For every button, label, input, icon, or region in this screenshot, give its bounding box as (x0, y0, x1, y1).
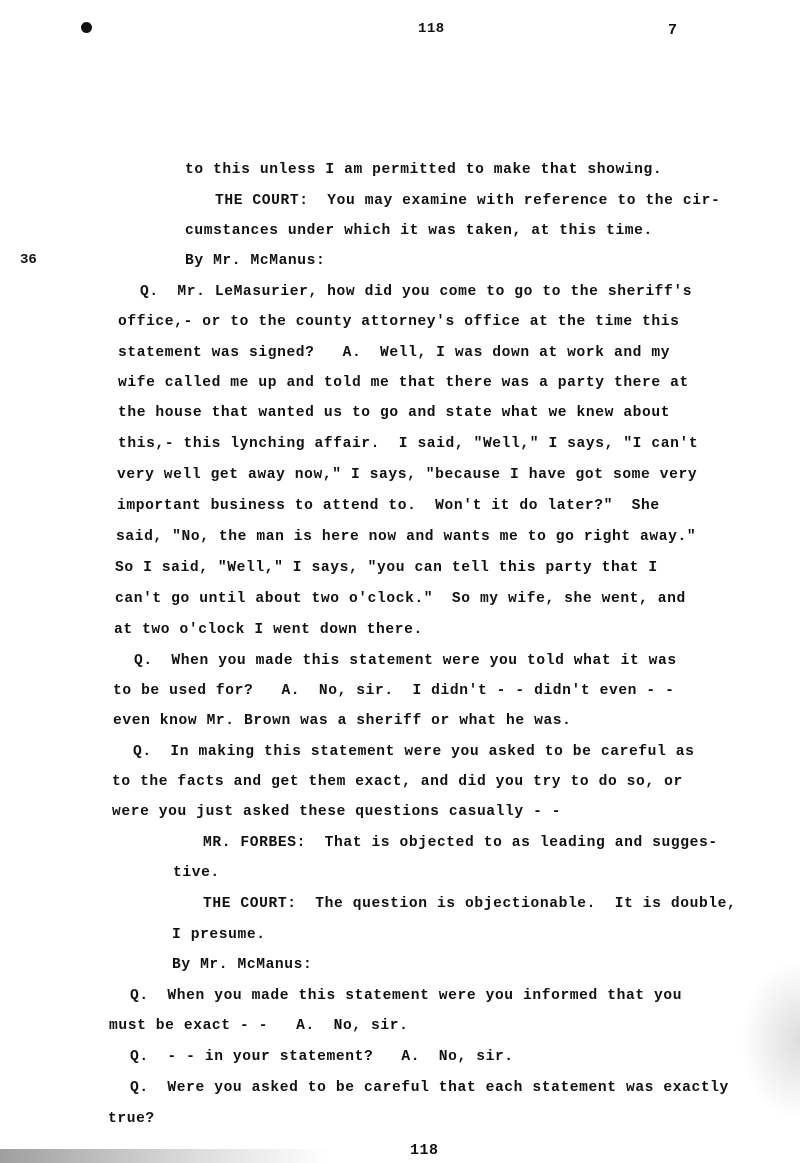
transcript-line: the house that wanted us to go and state… (118, 404, 670, 422)
transcript-line: true? (108, 1110, 155, 1128)
transcript-line: So I said, "Well," I says, "you can tell… (115, 559, 658, 577)
transcript-line: THE COURT: You may examine with referenc… (215, 192, 720, 210)
transcript-line: important business to attend to. Won't i… (117, 497, 660, 515)
transcript-line: to this unless I am permitted to make th… (185, 161, 662, 179)
header-page-number: 118 (418, 21, 445, 37)
transcript-line: this,- this lynching affair. I said, "We… (118, 435, 698, 453)
transcript-line: cumstances under which it was taken, at … (185, 222, 653, 240)
transcript-line: MR. FORBES: That is objected to as leadi… (203, 834, 718, 852)
transcript-line: Q. - - in your statement? A. No, sir. (130, 1048, 514, 1066)
transcript-line: said, "No, the man is here now and wants… (116, 528, 696, 546)
transcript-line: very well get away now," I says, "becaus… (117, 466, 697, 484)
transcript-line: statement was signed? A. Well, I was dow… (118, 344, 670, 362)
transcript-page: 118 7 36 to this unless I am permitted t… (0, 0, 800, 1163)
transcript-line: wife called me up and told me that there… (118, 374, 689, 392)
transcript-line: I presume. (172, 926, 266, 944)
transcript-line: office,- or to the county attorney's off… (118, 313, 679, 331)
footer-page-number: 118 (410, 1142, 439, 1159)
transcript-line: were you just asked these questions casu… (112, 803, 561, 821)
transcript-line: THE COURT: The question is objectionable… (203, 895, 736, 913)
transcript-line: tive. (173, 864, 220, 882)
transcript-line: Q. In making this statement were you ask… (133, 743, 694, 761)
margin-line-number: 36 (20, 252, 37, 268)
transcript-line: must be exact - - A. No, sir. (109, 1017, 408, 1035)
transcript-line: Q. When you made this statement were you… (134, 652, 677, 670)
transcript-line: Q. Were you asked to be careful that eac… (130, 1079, 729, 1097)
transcript-line: Q. When you made this statement were you… (130, 987, 682, 1005)
scan-artifact (0, 1149, 330, 1163)
punch-hole-mark (81, 22, 92, 33)
transcript-line: By Mr. McManus: (172, 956, 312, 974)
transcript-line: to the facts and get them exact, and did… (112, 773, 683, 791)
scan-artifact (740, 960, 800, 1120)
transcript-line: By Mr. McManus: (185, 252, 325, 270)
transcript-line: Q. Mr. LeMasurier, how did you come to g… (140, 283, 692, 301)
transcript-line: at two o'clock I went down there. (114, 621, 423, 639)
corner-mark: 7 (668, 22, 677, 39)
transcript-line: to be used for? A. No, sir. I didn't - -… (113, 682, 674, 700)
transcript-line: even know Mr. Brown was a sheriff or wha… (113, 712, 572, 730)
transcript-line: can't go until about two o'clock." So my… (115, 590, 686, 608)
